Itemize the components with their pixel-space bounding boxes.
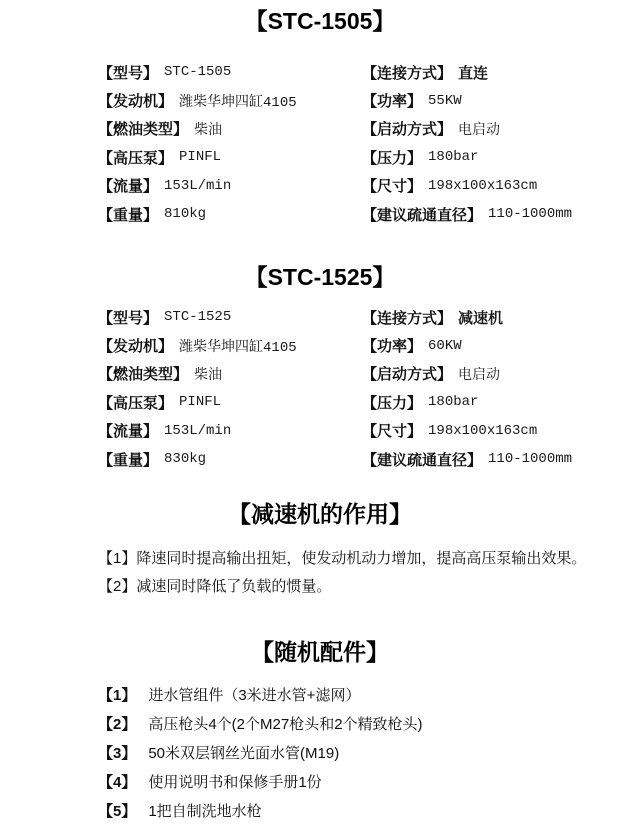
spec-label: 【建议疏通直径】 <box>362 204 482 225</box>
model-1505-left-specs: 【型号】 STC-1505 【发动机】 潍柴华坤四缸4105 【燃油类型】 柴油… <box>98 58 376 228</box>
accessory-item-text: 高压枪头4个(2个M27枪头和2个精致枪头) <box>148 713 422 734</box>
reducer-point-1: 【1】降速同时提高输出扭矩，使发动机动力增加，提高高压泵输出效果。 <box>98 545 586 573</box>
spec-label: 【高压泵】 <box>98 392 173 413</box>
spec-value: 潍柴华坤四缸4105 <box>179 91 297 111</box>
accessory-item: 【5】 1把自制洗地水枪 <box>98 796 423 825</box>
spec-row-pump: 【高压泵】 PINFL <box>98 388 376 416</box>
spec-row-dredge-diameter: 【建议疏通直径】 110-1000mm <box>362 200 640 228</box>
accessory-item-number: 【1】 <box>98 684 136 705</box>
spec-row-power: 【功率】 55KW <box>362 86 640 114</box>
spec-label: 【流量】 <box>98 175 158 196</box>
spec-label: 【重量】 <box>98 204 158 225</box>
spec-label: 【高压泵】 <box>98 147 173 168</box>
spec-label: 【尺寸】 <box>362 175 422 196</box>
spec-label: 【启动方式】 <box>362 118 452 139</box>
model-1525-left-specs: 【型号】 STC-1525 【发动机】 潍柴华坤四缸4105 【燃油类型】 柴油… <box>98 303 376 473</box>
spec-row-pressure: 【压力】 180bar <box>362 388 640 416</box>
spec-row-connection: 【连接方式】 直连 <box>362 58 640 86</box>
spec-value: 110-1000mm <box>488 206 572 222</box>
spec-row-flow: 【流量】 153L/min <box>98 172 376 200</box>
spec-value: STC-1505 <box>164 64 231 80</box>
spec-label: 【建议疏通直径】 <box>362 449 482 470</box>
spec-value: 198x100x163cm <box>428 178 537 194</box>
spec-value: 柴油 <box>194 119 222 139</box>
accessory-item-number: 【3】 <box>98 742 136 763</box>
spec-value: 55KW <box>428 93 462 109</box>
model-1505-right-specs: 【连接方式】 直连 【功率】 55KW 【启动方式】 电启动 【压力】 180b… <box>362 58 640 228</box>
spec-value: 潍柴华坤四缸4105 <box>179 336 297 356</box>
accessory-item-text: 50米双层钢丝光面水管(M19) <box>148 742 339 763</box>
product-spec-sheet: 【STC-1505】 【型号】 STC-1505 【发动机】 潍柴华坤四缸410… <box>0 0 640 826</box>
spec-row-start-mode: 【启动方式】 电启动 <box>362 115 640 143</box>
accessories-section-title: 【随机配件】 <box>0 640 640 664</box>
spec-row-power: 【功率】 60KW <box>362 331 640 359</box>
model-1505-title: 【STC-1505】 <box>0 9 640 33</box>
accessory-item: 【3】 50米双层钢丝光面水管(M19) <box>98 738 423 767</box>
accessory-item: 【2】 高压枪头4个(2个M27枪头和2个精致枪头) <box>98 709 423 738</box>
accessory-item: 【4】 使用说明书和保修手册1份 <box>98 767 423 796</box>
spec-row-connection: 【连接方式】 减速机 <box>362 303 640 331</box>
spec-row-engine: 【发动机】 潍柴华坤四缸4105 <box>98 331 376 359</box>
spec-label: 【压力】 <box>362 392 422 413</box>
model-1525-right-specs: 【连接方式】 减速机 【功率】 60KW 【启动方式】 电启动 【压力】 180… <box>362 303 640 473</box>
spec-label: 【连接方式】 <box>362 62 452 83</box>
spec-label: 【尺寸】 <box>362 420 422 441</box>
spec-label: 【功率】 <box>362 335 422 356</box>
spec-value: 减速机 <box>458 307 503 328</box>
accessory-item-number: 【2】 <box>98 713 136 734</box>
accessories-list: 【1】 进水管组件（3米进水管+滤网） 【2】 高压枪头4个(2个M27枪头和2… <box>98 680 423 825</box>
accessory-item-number: 【5】 <box>98 800 136 821</box>
spec-row-weight: 【重量】 810kg <box>98 200 376 228</box>
model-1525-title: 【STC-1525】 <box>0 265 640 289</box>
spec-row-weight: 【重量】 830kg <box>98 445 376 473</box>
spec-row-pump: 【高压泵】 PINFL <box>98 143 376 171</box>
spec-row-engine: 【发动机】 潍柴华坤四缸4105 <box>98 86 376 114</box>
spec-value: 198x100x163cm <box>428 423 537 439</box>
spec-value: 直连 <box>458 62 488 83</box>
spec-label: 【流量】 <box>98 420 158 441</box>
spec-row-fuel-type: 【燃油类型】 柴油 <box>98 115 376 143</box>
spec-value: STC-1525 <box>164 309 231 325</box>
spec-row-fuel-type: 【燃油类型】 柴油 <box>98 360 376 388</box>
spec-value: 60KW <box>428 338 462 354</box>
spec-label: 【重量】 <box>98 449 158 470</box>
spec-label: 【压力】 <box>362 147 422 168</box>
spec-row-size: 【尺寸】 198x100x163cm <box>362 417 640 445</box>
spec-value: 柴油 <box>194 364 222 384</box>
spec-row-dredge-diameter: 【建议疏通直径】 110-1000mm <box>362 445 640 473</box>
spec-row-model: 【型号】 STC-1525 <box>98 303 376 331</box>
spec-label: 【发动机】 <box>98 90 173 111</box>
spec-label: 【燃油类型】 <box>98 363 188 384</box>
accessory-item-text: 进水管组件（3米进水管+滤网） <box>148 684 360 705</box>
spec-label: 【型号】 <box>98 62 158 83</box>
spec-value: 电启动 <box>458 119 500 139</box>
spec-value: 830kg <box>164 451 206 467</box>
spec-label: 【发动机】 <box>98 335 173 356</box>
spec-row-pressure: 【压力】 180bar <box>362 143 640 171</box>
spec-row-start-mode: 【启动方式】 电启动 <box>362 360 640 388</box>
spec-label: 【功率】 <box>362 90 422 111</box>
spec-value: 110-1000mm <box>488 451 572 467</box>
spec-label: 【启动方式】 <box>362 363 452 384</box>
spec-value: 电启动 <box>458 364 500 384</box>
accessory-item-text: 使用说明书和保修手册1份 <box>148 771 321 792</box>
spec-value: PINFL <box>179 394 221 410</box>
spec-row-size: 【尺寸】 198x100x163cm <box>362 172 640 200</box>
accessory-item-number: 【4】 <box>98 771 136 792</box>
spec-value: PINFL <box>179 149 221 165</box>
accessory-item: 【1】 进水管组件（3米进水管+滤网） <box>98 680 423 709</box>
spec-value: 180bar <box>428 149 478 165</box>
spec-row-flow: 【流量】 153L/min <box>98 417 376 445</box>
spec-label: 【连接方式】 <box>362 307 452 328</box>
reducer-section-title: 【减速机的作用】 <box>0 502 640 526</box>
spec-label: 【型号】 <box>98 307 158 328</box>
spec-value: 153L/min <box>164 423 231 439</box>
accessory-item-text: 1把自制洗地水枪 <box>148 800 261 821</box>
spec-value: 810kg <box>164 206 206 222</box>
reducer-point-2: 【2】减速同时降低了负载的惯量。 <box>98 573 331 601</box>
spec-row-model: 【型号】 STC-1505 <box>98 58 376 86</box>
spec-value: 180bar <box>428 394 478 410</box>
spec-label: 【燃油类型】 <box>98 118 188 139</box>
spec-value: 153L/min <box>164 178 231 194</box>
